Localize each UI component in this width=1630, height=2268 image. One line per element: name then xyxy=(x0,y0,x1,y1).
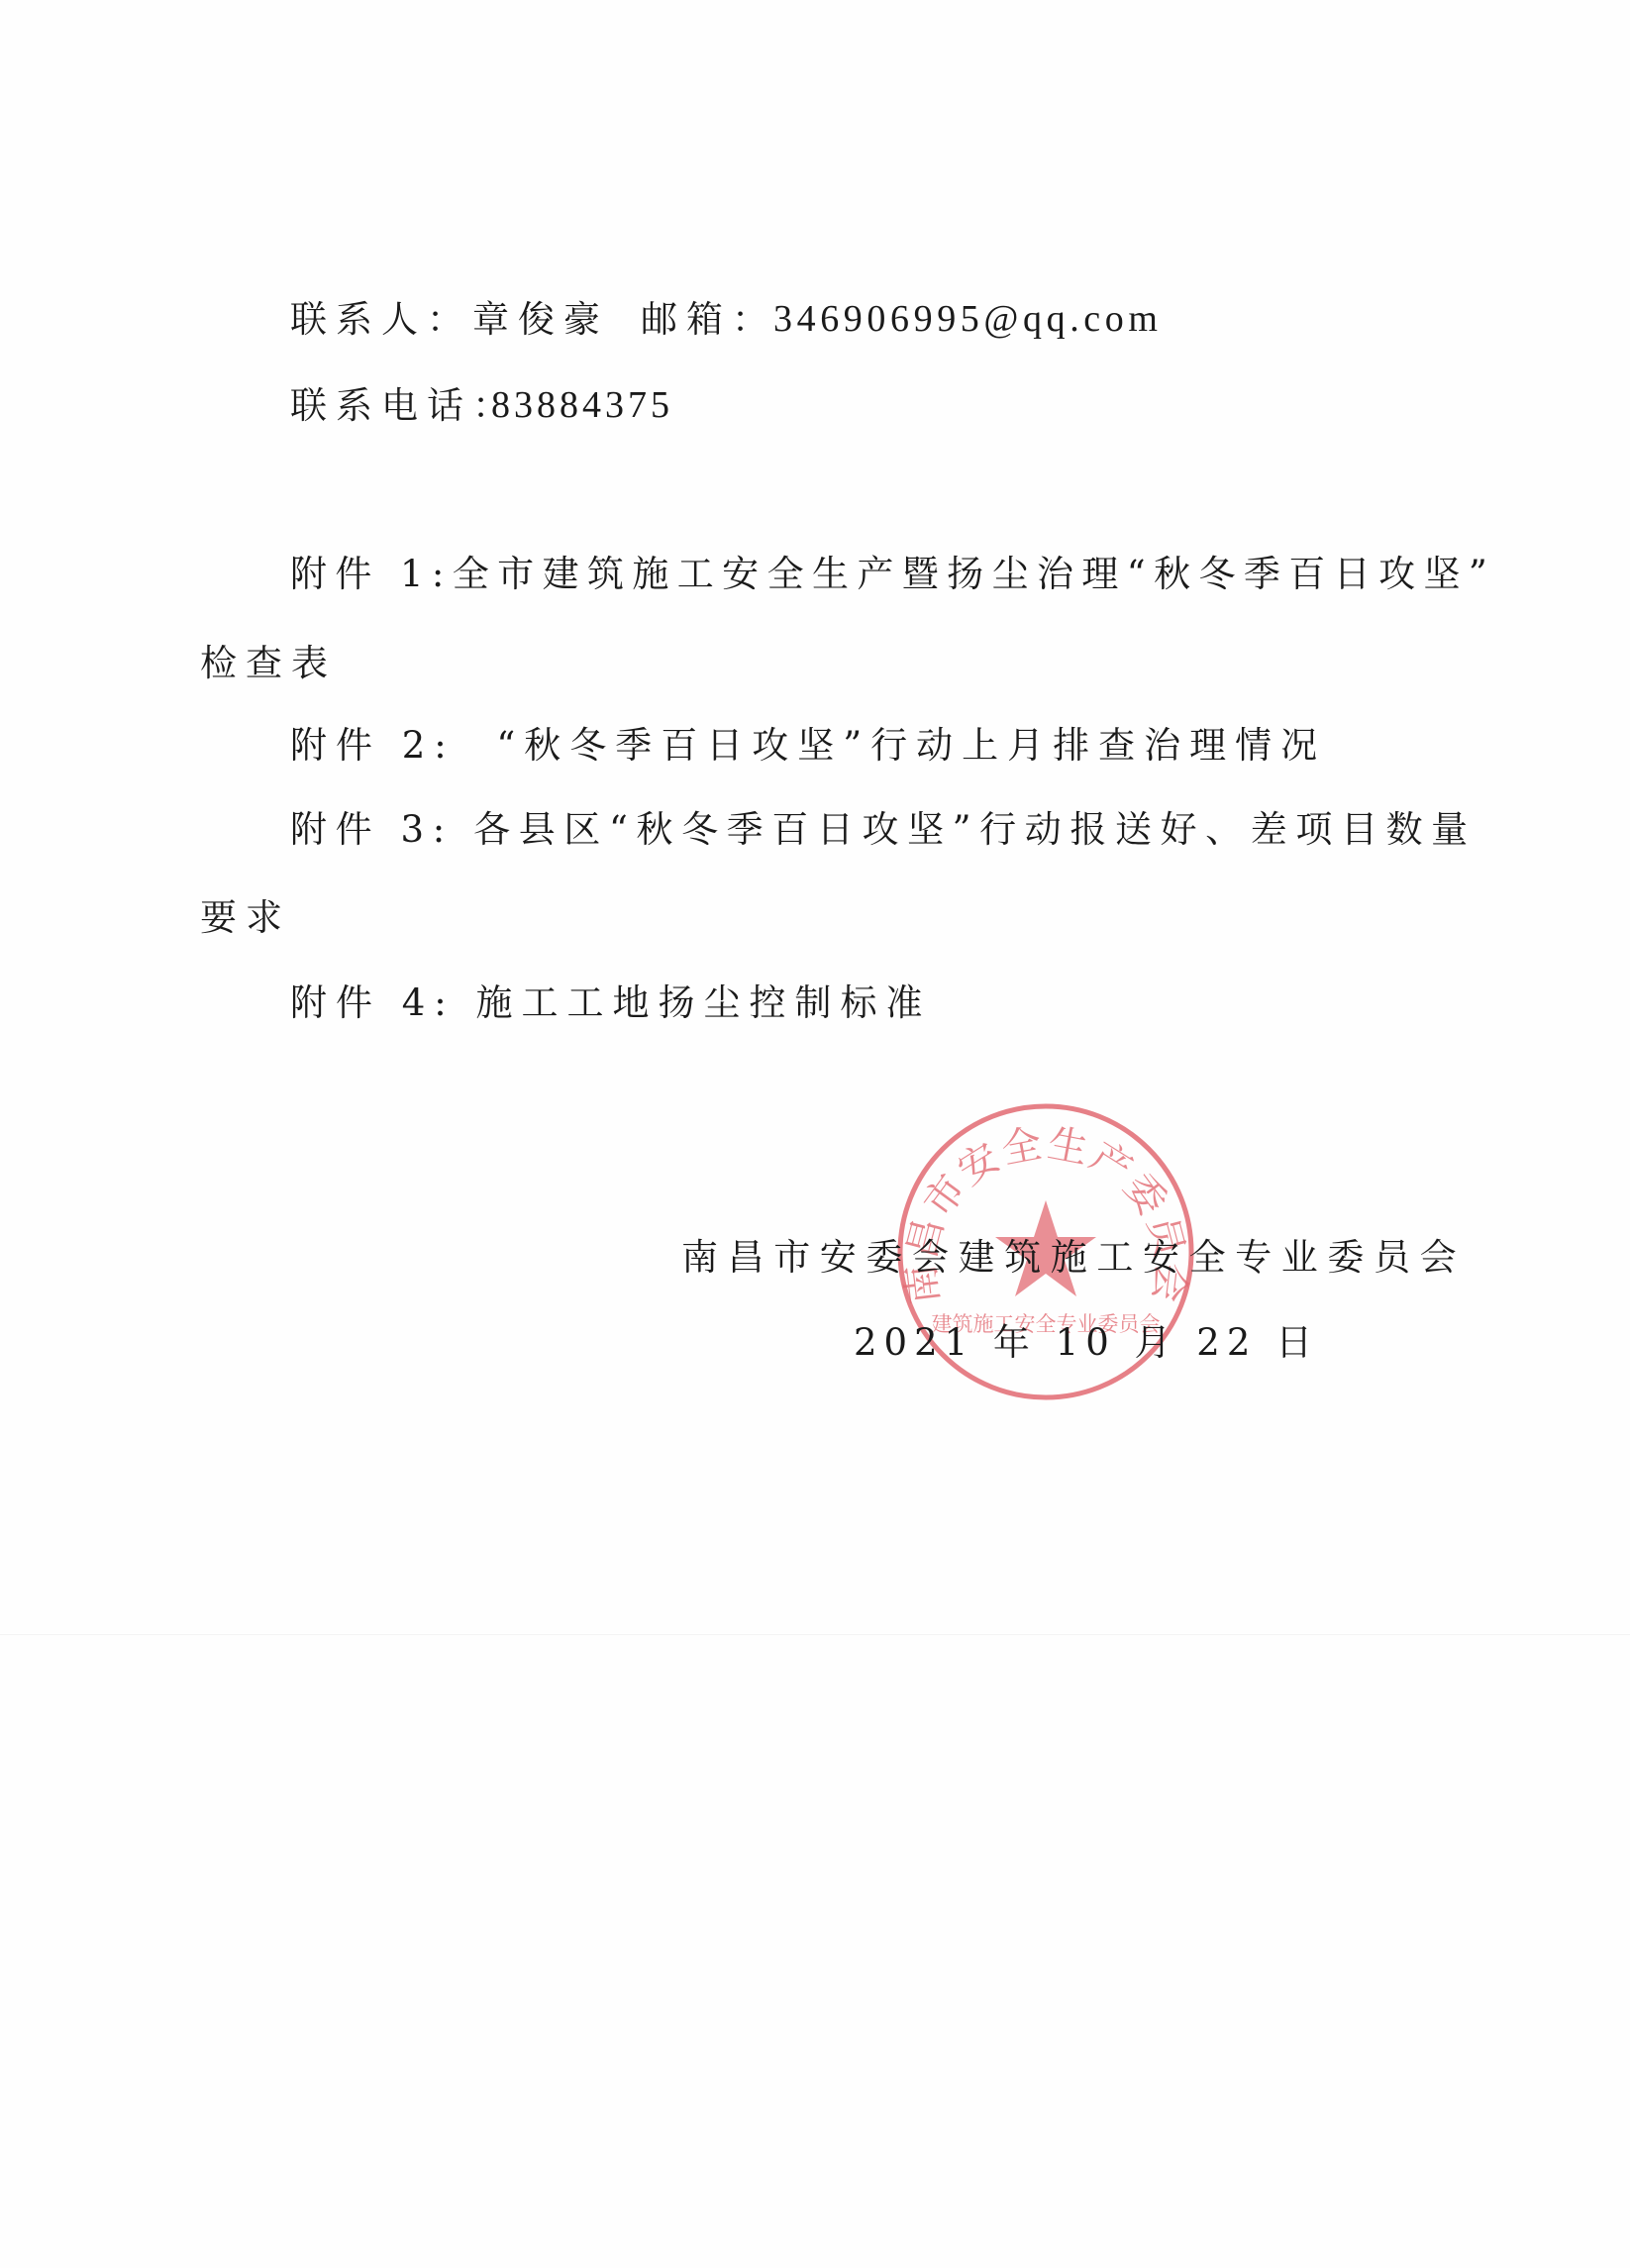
email-label: 邮箱： xyxy=(641,298,777,342)
attachment-1-title: 全市建筑施工安全生产暨扬尘治理“秋冬季百日攻坚” xyxy=(453,553,1495,595)
attachment-4-title: 施工工地扬尘控制标准 xyxy=(476,981,932,1024)
contact-phone-line: 联系电话： xyxy=(290,384,518,428)
attachment-2: 附件 2: “秋冬季百日攻坚”行动上月排查治理情况 xyxy=(290,724,1326,768)
attachment-4-label: 附件 4: xyxy=(290,981,456,1024)
contact-person-line: 联系人：章俊豪 xyxy=(290,298,609,342)
attachment-4: 附件 4: 施工工地扬尘控制标准 xyxy=(290,981,932,1025)
signature-date: 2021 年 10 月 22 日 xyxy=(854,1321,1319,1365)
document-page: 联系人：章俊豪 邮箱： 346906995@qq.com 联系电话： 83884… xyxy=(0,0,1630,2268)
contact-phone-label: 联系电话： xyxy=(290,384,518,427)
attachment-2-label: 附件 2: xyxy=(290,724,456,767)
attachment-1: 附件 1:全市建筑施工安全生产暨扬尘治理“秋冬季百日攻坚” xyxy=(290,553,1495,596)
attachment-3-title: 各县区“秋冬季百日攻坚”行动报送好、差项目数量 xyxy=(473,808,1477,851)
attachment-1-label: 附件 1: xyxy=(290,553,453,595)
attachment-3: 附件 3: 各县区“秋冬季百日攻坚”行动报送好、差项目数量 xyxy=(290,808,1477,852)
attachment-3-continuation: 要求 xyxy=(200,896,291,940)
email-address: 346906995@qq.com xyxy=(773,297,1163,341)
attachment-1-continuation: 检查表 xyxy=(200,642,337,685)
contact-person-label: 联系人： xyxy=(290,298,472,341)
contact-phone-number: 83884375 xyxy=(491,383,673,427)
attachment-2-title: “秋冬季百日攻坚”行动上月排查治理情况 xyxy=(496,724,1326,767)
scan-artifact-line xyxy=(0,1634,1630,1635)
contact-person-name: 章俊豪 xyxy=(472,298,609,341)
attachment-3-label: 附件 3: xyxy=(290,808,454,851)
signature-organization: 南昌市安委会建筑施工安全专业委员会 xyxy=(681,1236,1466,1280)
